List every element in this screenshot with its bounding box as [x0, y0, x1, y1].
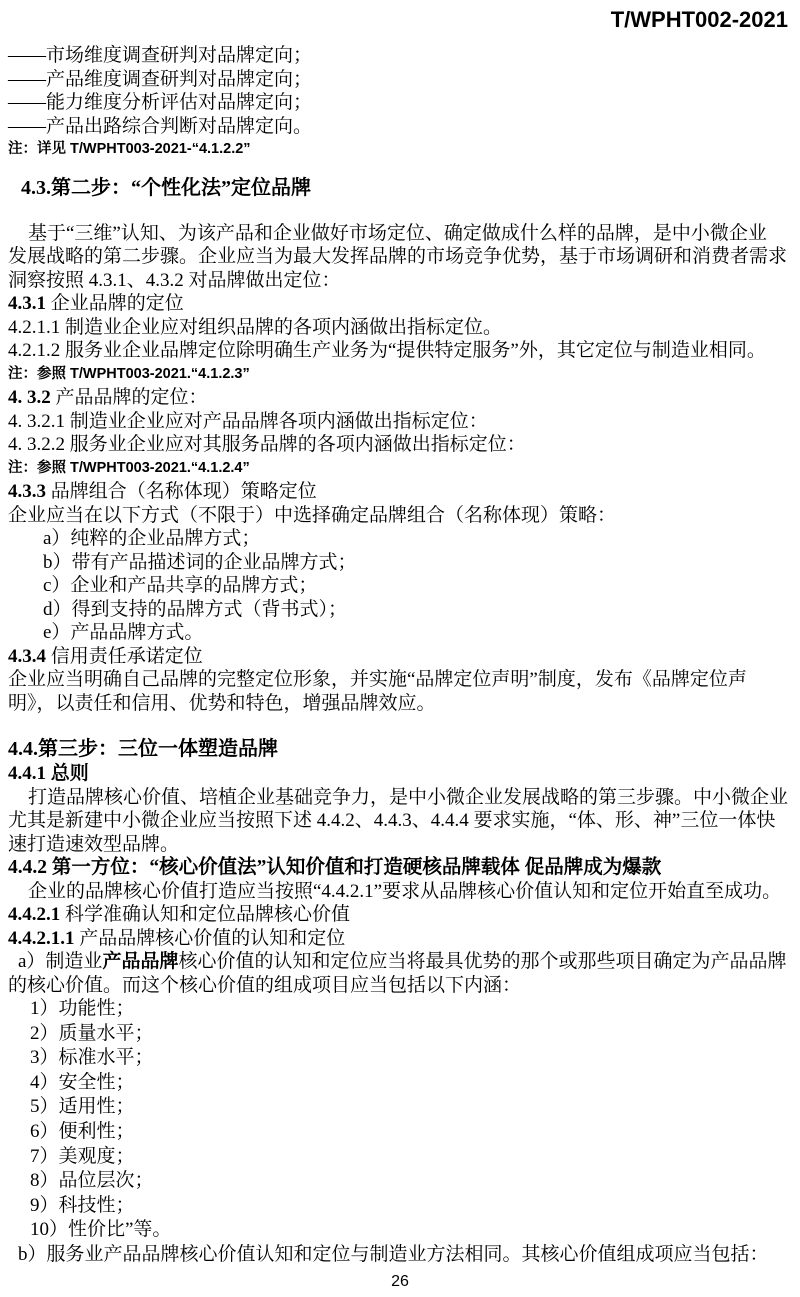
body-line: 4. 3.2.1 制造业企业应对产品品牌各项内涵做出指标定位： — [8, 410, 792, 434]
list-item: 4）安全性； — [8, 1071, 792, 1096]
text-segment: 3）标准水平； — [30, 1047, 154, 1068]
body-line: 企业应当在以下方式（不限于）中选择确定品牌组合（名称体现）策略： — [8, 504, 792, 528]
list-item: a）纯粹的企业品牌方式； — [8, 527, 792, 551]
text-segment: 6）便利性； — [30, 1121, 135, 1142]
list-item: c）企业和产品共享的品牌方式； — [8, 574, 792, 598]
text-segment: 洞察按照 4.3.1、4.3.2 对品牌做出定位： — [8, 270, 341, 291]
list-item: 7）美观度； — [8, 1145, 792, 1170]
text-segment: 1）功能性； — [30, 998, 135, 1019]
page-number: 26 — [391, 1273, 409, 1290]
body-line: 4. 3.2 产品品牌的定位： — [8, 386, 792, 410]
list-item: b）带有产品描述词的企业品牌方式； — [8, 551, 792, 575]
text-segment: 发展战略的第二步骤。企业应当为最大发挥品牌的市场竞争优势，基于市场调研和消费者需… — [8, 246, 787, 267]
text-segment: 4.4.1 总则 — [8, 763, 89, 784]
text-segment: 10）性价比”等。 — [30, 1219, 171, 1240]
body-line: 4.3.1 企业品牌的定位 — [8, 292, 792, 316]
text-segment: a）制造业 — [18, 951, 102, 972]
note-line: 注：参照 T/WPHT003-2021.“4.1.2.3” — [8, 363, 792, 387]
text-segment: 注：详见 T/WPHT003-2021-“4.1.2.2” — [8, 141, 251, 157]
body-line: 4.3.4 信用责任承诺定位 — [8, 645, 792, 669]
text-segment: 信用责任承诺定位 — [46, 646, 203, 667]
list-item: 8）品位层次； — [8, 1169, 792, 1194]
body-line: 4.4.1 总则 — [8, 762, 792, 786]
text-segment: 品牌组合（名称体现）策略定位 — [46, 481, 317, 502]
list-item: 1）功能性； — [8, 997, 792, 1022]
document-footer: 26 — [0, 1272, 800, 1292]
body-line: 洞察按照 4.3.1、4.3.2 对品牌做出定位： — [8, 269, 792, 293]
text-segment: c）企业和产品共享的品牌方式； — [43, 575, 317, 596]
text-segment: 4.2.1.1 制造业企业应对组织品牌的各项内涵做出指标定位。 — [8, 317, 502, 338]
note-line: 注：详见 T/WPHT003-2021-“4.1.2.2” — [8, 138, 792, 162]
text-segment: b）服务业产品品牌核心价值认知和定位与制造业方法相同。其核心价值组成项应当包括： — [18, 1244, 769, 1265]
list-item: 9）科技性； — [8, 1194, 792, 1219]
dash-item: ——产品出路综合判断对品牌定向。 — [8, 115, 792, 139]
body-line: 速打造速效型品牌。 — [8, 833, 792, 857]
text-segment: 企业应当在以下方式（不限于）中选择确定品牌组合（名称体现）策略： — [8, 505, 616, 526]
text-segment: ——能力维度分析评估对品牌定向； — [8, 92, 312, 113]
list-item: d）得到支持的品牌方式（背书式）； — [8, 598, 792, 622]
document-header: T/WPHT002-2021 — [0, 0, 800, 33]
text-segment: ——市场维度调查研判对品牌定向； — [8, 45, 312, 66]
note-line: 注：参照 T/WPHT003-2021.“4.1.2.4” — [8, 457, 792, 481]
list-item: 5）适用性； — [8, 1095, 792, 1120]
text-segment: 4）安全性； — [30, 1072, 135, 1093]
text-segment: 科学准确认知和定位品牌核心价值 — [60, 904, 350, 925]
paragraph-line: 打造品牌核心价值、培植企业基础竞争力，是中小微企业发展战略的第三步骤。中小微企业 — [8, 786, 792, 810]
text-segment: 产品品牌核心价值的认知和定位 — [75, 928, 346, 949]
section-heading: 4.3.第二步：“个性化法”定位品牌 — [8, 176, 792, 201]
list-item: b）服务业产品品牌核心价值认知和定位与制造业方法相同。其核心价值组成项应当包括： — [8, 1243, 792, 1267]
body-line: 4.2.1.1 制造业企业应对组织品牌的各项内涵做出指标定位。 — [8, 316, 792, 340]
text-segment: b）带有产品描述词的企业品牌方式； — [43, 552, 357, 573]
body-line: 发展战略的第二步骤。企业应当为最大发挥品牌的市场竞争优势，基于市场调研和消费者需… — [8, 245, 792, 269]
text-segment: 打造品牌核心价值、培植企业基础竞争力，是中小微企业发展战略的第三步骤。中小微企业 — [28, 787, 788, 808]
body-line: 的核心价值。而这个核心价值的组成项目应当包括以下内涵： — [8, 974, 792, 998]
text-segment: 4.3.4 — [8, 646, 46, 667]
text-segment: 7）美观度； — [30, 1146, 135, 1167]
text-segment: 9）科技性； — [30, 1195, 135, 1216]
dash-item: ——市场维度调查研判对品牌定向； — [8, 44, 792, 68]
doc-code: T/WPHT002-2021 — [611, 7, 788, 32]
text-segment: 明》，以责任和信用、优势和特色，增强品牌效应。 — [8, 693, 436, 714]
text-segment: 4. 3.2 — [8, 387, 51, 408]
dash-item: ——能力维度分析评估对品牌定向； — [8, 91, 792, 115]
paragraph-line: 基于“三维”认知、为该产品和企业做好市场定位、确定做成什么样的品牌，是中小微企业 — [8, 222, 792, 246]
text-segment: 企业品牌的定位 — [46, 293, 184, 314]
body-line: 企业应当明确自己品牌的完整定位形象，并实施“品牌定位声明”制度，发布《品牌定位声 — [8, 668, 792, 692]
text-segment: 4.4.第三步：三位一体塑造品牌 — [8, 738, 278, 760]
text-segment: 4.2.1.2 服务业企业品牌定位除明确生产业务为“提供特定服务”外，其它定位与… — [8, 340, 766, 361]
body-line: 尤其是新建中小微企业应当按照下述 4.4.2、4.4.3、4.4.4 要求实施，… — [8, 809, 792, 833]
text-segment: 企业的品牌核心价值打造应当按照“4.4.2.1”要求从品牌核心价值认知和定位开始… — [28, 881, 781, 902]
text-segment: 8）品位层次； — [30, 1170, 154, 1191]
document-page: T/WPHT002-2021 ——市场维度调查研判对品牌定向；——产品维度调查研… — [0, 0, 800, 1297]
dash-item: ——产品维度调查研判对品牌定向； — [8, 68, 792, 92]
text-segment: a）纯粹的企业品牌方式； — [43, 528, 260, 549]
text-segment: 产品品牌 — [102, 951, 178, 972]
text-segment: ——产品出路综合判断对品牌定向。 — [8, 116, 312, 137]
text-segment: 企业应当明确自己品牌的完整定位形象，并实施“品牌定位声明”制度，发布《品牌定位声 — [8, 669, 747, 690]
list-item: 3）标准水平； — [8, 1046, 792, 1071]
text-segment: d）得到支持的品牌方式（背书式）； — [43, 599, 347, 620]
body-line: 4.4.2.1 科学准确认知和定位品牌核心价值 — [8, 903, 792, 927]
body-line: 4.4.2.1.1 产品品牌核心价值的认知和定位 — [8, 927, 792, 951]
text-segment: 产品品牌的定位： — [51, 387, 208, 408]
text-segment: e）产品品牌方式。 — [43, 622, 203, 643]
text-segment: 4.4.2.1.1 — [8, 928, 75, 949]
text-segment: 4.3.第二步：“个性化法”定位品牌 — [21, 177, 311, 199]
text-segment: 4. 3.2.1 制造业企业应对产品品牌各项内涵做出指标定位： — [8, 411, 488, 432]
paragraph-line: 企业的品牌核心价值打造应当按照“4.4.2.1”要求从品牌核心价值认知和定位开始… — [8, 880, 792, 904]
sub-section-heading: 4.4.2 第一方位：“核心价值法”认知价值和打造硬核品牌载体 促品牌成为爆款 — [8, 856, 792, 880]
text-segment: 尤其是新建中小微企业应当按照下述 4.4.2、4.4.3、4.4.4 要求实施，… — [8, 810, 775, 831]
body-line: 4. 3.2.2 服务业企业应对其服务品牌的各项内涵做出指标定位： — [8, 433, 792, 457]
text-segment: 4.3.1 — [8, 293, 46, 314]
list-item: 2）质量水平； — [8, 1022, 792, 1047]
text-segment: 核心价值的认知和定位应当将最具优势的那个或那些项目确定为产品品牌 — [178, 951, 786, 972]
text-segment: 注：参照 T/WPHT003-2021.“4.1.2.4” — [8, 460, 250, 476]
body-line: 4.3.3 品牌组合（名称体现）策略定位 — [8, 480, 792, 504]
text-segment: 基于“三维”认知、为该产品和企业做好市场定位、确定做成什么样的品牌，是中小微企业 — [28, 223, 767, 244]
list-item: 6）便利性； — [8, 1120, 792, 1145]
document-body: ——市场维度调查研判对品牌定向；——产品维度调查研判对品牌定向；——能力维度分析… — [0, 33, 800, 1266]
text-segment: 的核心价值。而这个核心价值的组成项目应当包括以下内涵： — [8, 975, 521, 996]
body-line: 4.2.1.2 服务业企业品牌定位除明确生产业务为“提供特定服务”外，其它定位与… — [8, 339, 792, 363]
text-segment: 2）质量水平； — [30, 1023, 154, 1044]
text-segment: 4. 3.2.2 服务业企业应对其服务品牌的各项内涵做出指标定位： — [8, 434, 526, 455]
text-segment: 5）适用性； — [30, 1096, 135, 1117]
text-segment: 4.3.3 — [8, 481, 46, 502]
text-segment: 速打造速效型品牌。 — [8, 834, 179, 855]
text-segment: 4.4.2.1 — [8, 904, 60, 925]
section-heading: 4.4.第三步：三位一体塑造品牌 — [8, 737, 792, 762]
list-item: 10）性价比”等。 — [8, 1218, 792, 1243]
list-item: e）产品品牌方式。 — [8, 621, 792, 645]
text-segment: 注：参照 T/WPHT003-2021.“4.1.2.3” — [8, 366, 250, 382]
text-segment: ——产品维度调查研判对品牌定向； — [8, 69, 312, 90]
body-line: 明》，以责任和信用、优势和特色，增强品牌效应。 — [8, 692, 792, 716]
list-item: a）制造业产品品牌核心价值的认知和定位应当将最具优势的那个或那些项目确定为产品品… — [8, 950, 792, 974]
text-segment: 4.4.2 第一方位：“核心价值法”认知价值和打造硬核品牌载体 促品牌成为爆款 — [8, 857, 661, 878]
